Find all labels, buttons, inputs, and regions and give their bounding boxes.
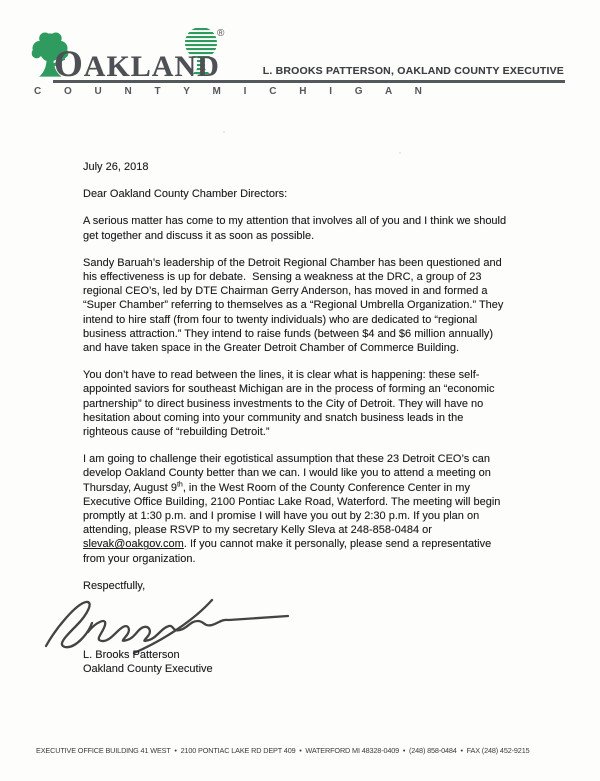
signer-title: Oakland County Executive — [83, 662, 213, 676]
letter-closing: Respectfully, — [83, 579, 507, 593]
letter-date: July 26, 2018 — [83, 160, 507, 174]
letter-paragraph-4: I am going to challenge their egotistica… — [83, 452, 507, 566]
scanned-letter-page: OAKLAND ® C O U — [0, 0, 600, 781]
signer-name: L. Brooks Patterson — [83, 648, 213, 662]
signature-block: L. Brooks Patterson Oakland County Execu… — [83, 648, 213, 676]
letter-salutation: Dear Oakland County Chamber Directors: — [83, 187, 507, 201]
letter-paragraph-2: Sandy Baruah’s leadership of the Detroit… — [83, 256, 507, 355]
scan-artifact — [298, 372, 300, 374]
scan-artifact — [223, 131, 225, 133]
handwritten-signature — [42, 596, 294, 656]
oakland-wordmark: OAKLAND — [54, 46, 220, 83]
registered-trademark-icon: ® — [217, 28, 224, 39]
county-michigan-label: C O U N T Y M I C H I G A N — [34, 86, 426, 97]
letter-paragraph-3: You don’t have to read between the lines… — [83, 368, 507, 439]
scan-artifact — [399, 152, 401, 154]
email-address: slevak@oakgov.com — [83, 538, 184, 550]
letter-body: July 26, 2018 Dear Oakland County Chambe… — [83, 160, 507, 606]
executive-header-title: L. BROOKS PATTERSON, OAKLAND COUNTY EXEC… — [263, 65, 564, 77]
letter-paragraph-1: A serious matter has come to my attentio… — [83, 214, 507, 242]
footer-address-line: EXECUTIVE OFFICE BUILDING 41 WEST • 2100… — [36, 746, 560, 755]
